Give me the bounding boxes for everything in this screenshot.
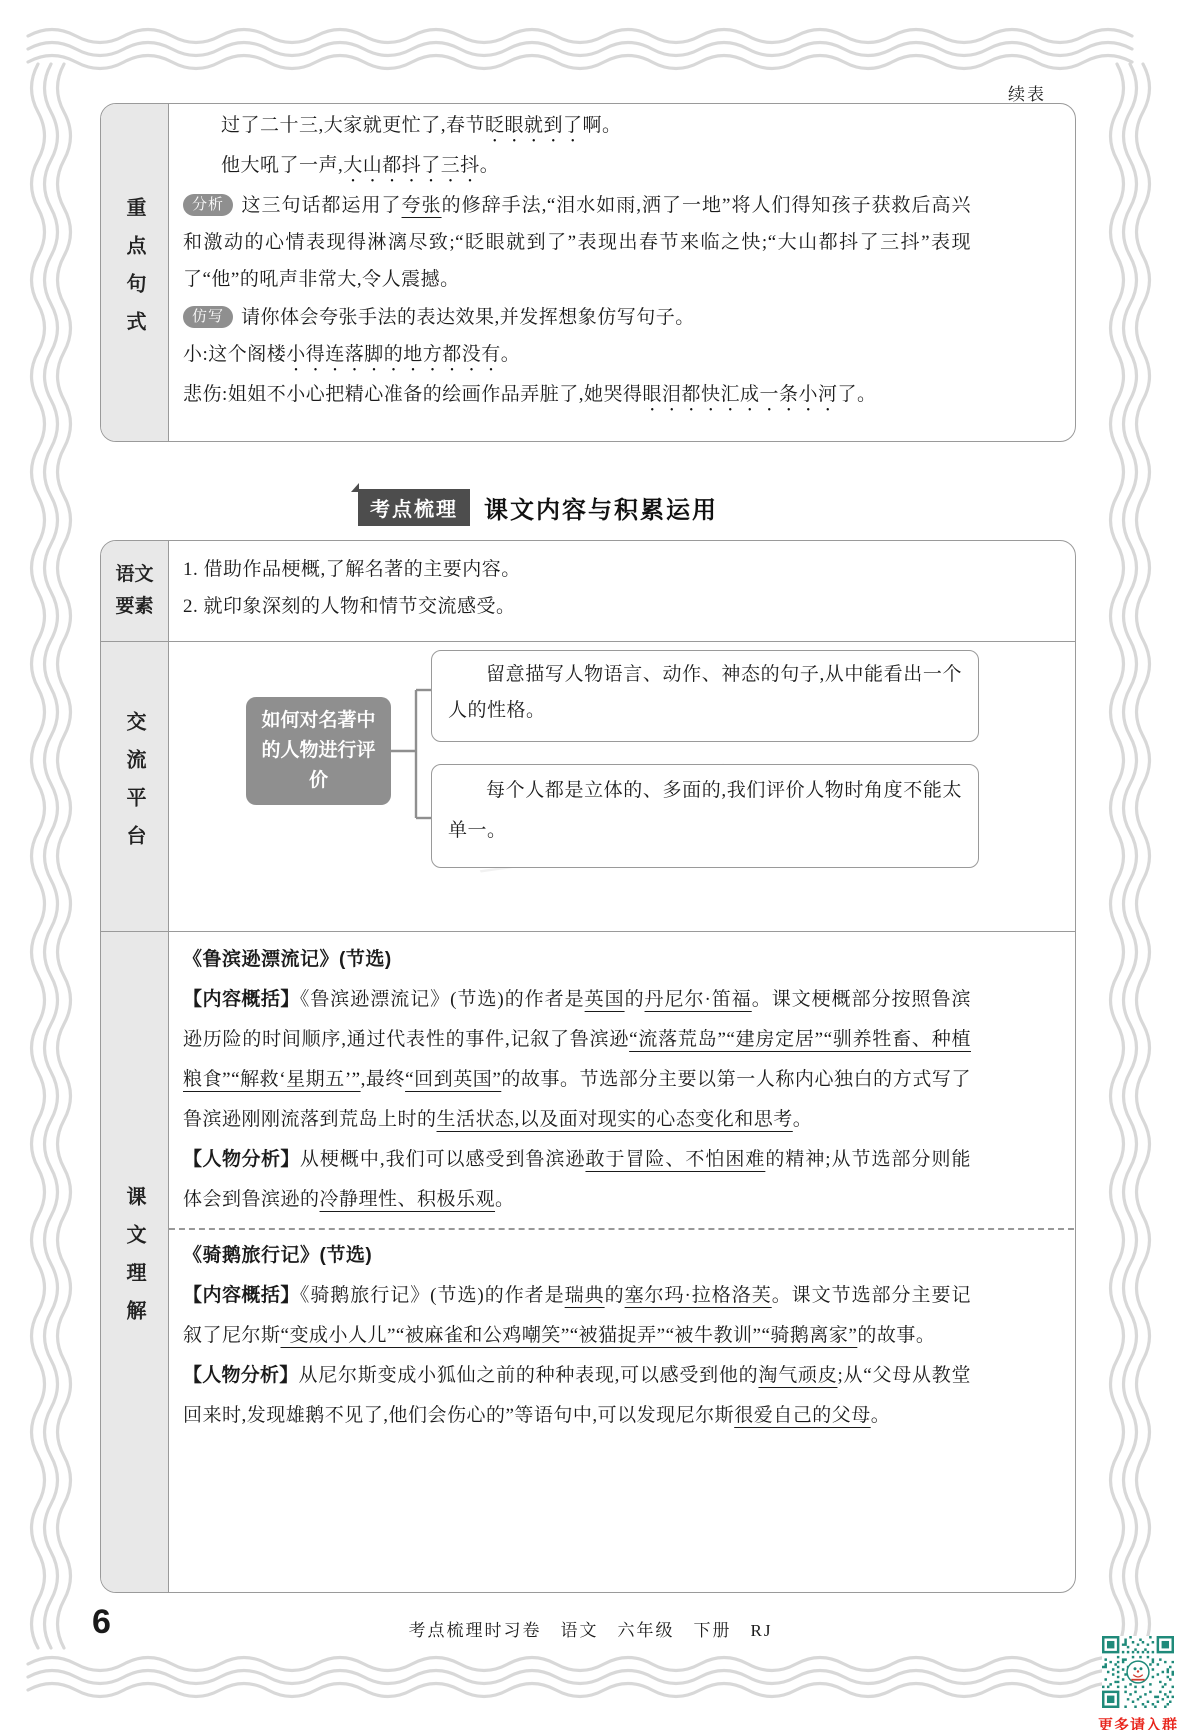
- summary-text: 的: [625, 989, 645, 1010]
- book1-summary: 【内容概括】《鲁滨逊漂流记》(节选)的作者是英国的丹尼尔·笛福。课文梗概部分按照…: [183, 980, 971, 1140]
- summary-text: 的故事。: [857, 1325, 935, 1346]
- footer-text: 考点梳理时习卷 语文 六年级 下册 RJ: [0, 1616, 1181, 1641]
- row-label-exchange-platform: 交流平台: [101, 642, 169, 931]
- summary-text: 《骑鹅旅行记》(节选)的作者是: [300, 1285, 565, 1306]
- workbook-page: 续表 重点句式 过了二十三,大家就更忙了,春节眨眼就到了啊。 他大吼了一声,大山…: [0, 0, 1181, 1730]
- sentence-text: 他大吼了一声,: [221, 155, 343, 176]
- sentence-text: 过了二十三,大家就更忙了,春节: [221, 115, 485, 136]
- section-header: 考点梳理 课文内容与积累运用: [358, 489, 718, 526]
- key-sentence-content: 过了二十三,大家就更忙了,春节眨眼就到了啊。 他大吼了一声,大山都抖了三抖。 分…: [169, 104, 1075, 441]
- qr-mascot-icon: [1127, 1661, 1149, 1683]
- analysis-label: 【人物分析】: [183, 1365, 299, 1386]
- dashed-divider: [169, 1228, 1074, 1230]
- qr-block: 更多请入群: [1098, 1636, 1178, 1730]
- answer-text: 。: [501, 344, 521, 365]
- answer-text: 了。: [838, 384, 877, 405]
- book1-title: 《鲁滨逊漂流记》(节选): [183, 940, 971, 980]
- example-sentence-2: 他大吼了一声,大山都抖了三抖。: [183, 147, 971, 187]
- exchange-platform-content: 王朝霞 如何对名著中的人物进行评价 留意描写人物语言、动作、神态的句子,从中能看…: [169, 642, 1075, 931]
- qr-code: [1102, 1636, 1174, 1708]
- summary-text: ,最终: [361, 1069, 405, 1090]
- book2-summary: 【内容概括】《骑鹅旅行记》(节选)的作者是瑞典的塞尔玛·拉格洛芙。课文节选部分主…: [183, 1276, 971, 1356]
- analysis-text: 从尼尔斯变成小狐仙之前的种种表现,可以感受到他的: [299, 1365, 759, 1386]
- book2-title: 《骑鹅旅行记》(节选): [183, 1236, 971, 1276]
- row-label-key-sentences: 重点句式: [101, 104, 169, 441]
- section-badge: 考点梳理: [358, 489, 470, 526]
- row-label-text: 重点句式: [120, 197, 149, 349]
- answer-text: 小:这个阁楼: [183, 344, 286, 365]
- answer-underlined: 英国: [585, 989, 625, 1010]
- answer-underlined: 淘气顽皮: [758, 1365, 837, 1386]
- summary-text: 。: [793, 1109, 813, 1130]
- answer-underlined: 敢于冒险、不怕困难: [585, 1149, 765, 1170]
- student-answer-2: 悲伤:姐姐不小心把精心准备的绘画作品弄脏了,她哭得眼泪都快汇成一条小河了。: [183, 376, 971, 416]
- continued-label: 续表: [0, 80, 1046, 105]
- branch-box-1: 留意描写人物语言、动作、神态的句子,从中能看出一个人的性格。: [431, 650, 979, 742]
- sentence-text: 啊。: [583, 115, 622, 136]
- analysis-text: 。: [495, 1189, 515, 1210]
- element-item-1: 1. 借助作品梗概,了解名著的主要内容。: [183, 551, 1075, 588]
- answer-underlined: 夸张: [402, 195, 442, 216]
- book1-analysis: 【人物分析】从梗概中,我们可以感受到鲁滨逊敢于冒险、不怕困难的精神;从节选部分则…: [183, 1140, 971, 1220]
- section-title: 课文内容与积累运用: [484, 490, 718, 525]
- student-answer-1: 小:这个阁楼小得连落脚的地方都没有。: [183, 336, 971, 376]
- emphasized-text: 眼泪都快汇成一条小河: [643, 384, 838, 405]
- answer-underlined: 塞尔玛·拉格洛芙: [625, 1285, 772, 1306]
- answer-underlined: “回到英国”: [405, 1069, 501, 1090]
- language-elements-content: 1. 借助作品梗概,了解名著的主要内容。 2. 就印象深刻的人物和情节交流感受。: [169, 541, 1075, 641]
- row-text-comprehension: 课文理解 《鲁滨逊漂流记》(节选) 【内容概括】《鲁滨逊漂流记》(节选)的作者是…: [101, 931, 1075, 1592]
- qr-caption: 更多请入群: [1098, 1714, 1178, 1730]
- row-language-elements: 语文要素 1. 借助作品梗概,了解名著的主要内容。 2. 就印象深刻的人物和情节…: [101, 541, 1075, 641]
- element-item-2: 2. 就印象深刻的人物和情节交流感受。: [183, 588, 1075, 625]
- summary-text: 的: [605, 1285, 625, 1306]
- analysis-text: 。: [871, 1405, 891, 1426]
- imitate-paragraph: 仿写请你体会夸张手法的表达效果,并发挥想象仿写句子。: [183, 299, 971, 336]
- book2-analysis: 【人物分析】从尼尔斯变成小狐仙之前的种种表现,可以感受到他的淘气顽皮;从“父母从…: [183, 1356, 971, 1436]
- answer-underlined: 丹尼尔·笛福: [645, 989, 752, 1010]
- exam-point-table: 语文要素 1. 借助作品梗概,了解名著的主要内容。 2. 就印象深刻的人物和情节…: [100, 540, 1076, 1593]
- summary-label: 【内容概括】: [183, 989, 300, 1010]
- row-label-text: 语文要素: [113, 559, 157, 623]
- answer-text: 悲伤:姐姐不小心把精心准备的绘画作品弄脏了,她哭得: [183, 384, 643, 405]
- badge-fold-icon: [351, 483, 359, 492]
- answer-underlined: 冷静理性、积极乐观: [320, 1189, 496, 1210]
- answer-underlined: “变成小人儿”“被麻雀和公鸡嘲笑”“被猫捉弄”“被牛教训”“骑鹅离家”: [281, 1325, 858, 1346]
- imitate-text: 请你体会夸张手法的表达效果,并发挥想象仿写句子。: [241, 307, 695, 328]
- row-label-text: 课文理解: [120, 1186, 149, 1338]
- text-comprehension-content: 《鲁滨逊漂流记》(节选) 【内容概括】《鲁滨逊漂流记》(节选)的作者是英国的丹尼…: [169, 932, 1075, 1592]
- row-label-language-elements: 语文要素: [101, 541, 169, 641]
- section-badge-text: 考点梳理: [370, 499, 458, 521]
- emphasized-text: 大山都抖了三抖: [343, 155, 480, 176]
- analysis-label: 【人物分析】: [183, 1149, 300, 1170]
- summary-text: 《鲁滨逊漂流记》(节选)的作者是: [300, 989, 585, 1010]
- emphasized-text: 眨眼就到了: [485, 115, 583, 136]
- imitate-badge: 仿写: [183, 306, 233, 328]
- analysis-badge: 分析: [183, 194, 233, 216]
- emphasized-text: 小得连落脚的地方都没有: [286, 344, 501, 365]
- analysis-text: 从梗概中,我们可以感受到鲁滨逊: [300, 1149, 586, 1170]
- example-sentence-1: 过了二十三,大家就更忙了,春节眨眼就到了啊。: [183, 107, 971, 147]
- answer-underlined: 很爱自己的父母: [734, 1405, 871, 1426]
- row-label-text-comprehension: 课文理解: [101, 932, 169, 1592]
- topic-box: 如何对名著中的人物进行评价: [246, 697, 391, 805]
- answer-underlined: 生活状态,以及面对现实的心态变化和思考: [437, 1109, 793, 1130]
- key-sentence-table: 重点句式 过了二十三,大家就更忙了,春节眨眼就到了啊。 他大吼了一声,大山都抖了…: [100, 103, 1076, 442]
- summary-label: 【内容概括】: [183, 1285, 300, 1306]
- row-exchange-platform: 交流平台 王朝霞 如何对名著中的人物进行评价 留意描写人物语言、动作、神态的句子…: [101, 641, 1075, 931]
- branch-box-2: 每个人都是立体的、多面的,我们评价人物时角度不能太单一。: [431, 764, 979, 868]
- answer-underlined: 瑞典: [565, 1285, 605, 1306]
- analysis-paragraph: 分析这三句话都运用了夸张的修辞手法,“泪水如雨,洒了一地”将人们得知孩子获救后高…: [183, 187, 971, 299]
- sentence-text: 。: [480, 155, 500, 176]
- row-label-text: 交流平台: [120, 711, 149, 863]
- analysis-text: 这三句话都运用了: [241, 195, 402, 216]
